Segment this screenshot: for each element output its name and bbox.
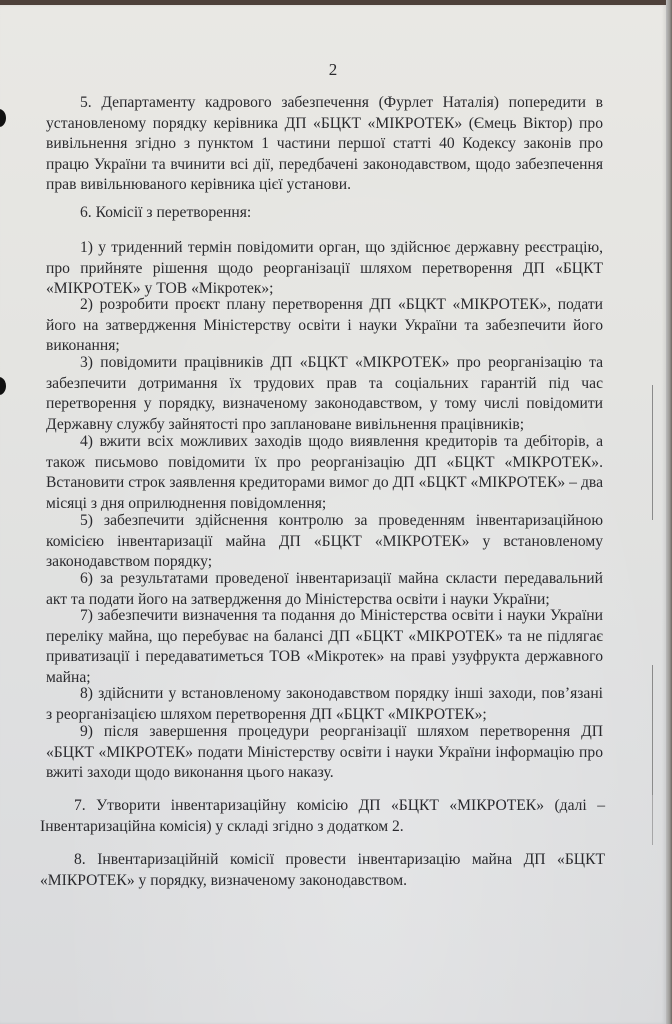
margin-line — [652, 385, 653, 520]
paragraph-6-heading: 6. Комісії з перетворення: — [46, 203, 603, 224]
list-item-6-1: 1) у триденний термін повідомити орган, … — [46, 238, 603, 300]
paragraph-8: 8. Інвентаризаційній комісії провести ін… — [40, 850, 605, 891]
binder-hole-icon — [0, 377, 6, 395]
list-item-6-7: 7) забезпечити визначення та подання до … — [46, 606, 603, 688]
paragraph-5: 5. Департаменту кадрового забезпечення (… — [46, 93, 603, 196]
paragraph-7: 7. Утворити інвентаризаційну комісію ДП … — [40, 796, 605, 837]
list-item-6-5: 5) забезпечити здійснення контролю за пр… — [46, 511, 603, 573]
binder-hole-icon — [0, 109, 6, 127]
page-number: 2 — [0, 60, 666, 81]
margin-line — [652, 665, 653, 795]
list-item-6-9: 9) після завершення процедури реорганіза… — [46, 722, 603, 784]
list-item-6-2: 2) розробити проєкт плану перетворення Д… — [46, 295, 603, 357]
list-item-6-6: 6) за результатами проведеної інвентариз… — [46, 569, 603, 610]
list-item-6-4: 4) вжити всіх можливих заходів щодо вияв… — [46, 432, 603, 514]
document-photo: 2 5. Департаменту кадрового забезпечення… — [0, 0, 672, 1024]
list-item-6-8: 8) здійснити у встановленому законодавст… — [46, 684, 603, 725]
paper-edge-shadow — [666, 0, 672, 1024]
margin-line — [652, 795, 653, 845]
list-item-6-3: 3) повідомити працівників ДП «БЦКТ «МІКР… — [46, 353, 603, 435]
